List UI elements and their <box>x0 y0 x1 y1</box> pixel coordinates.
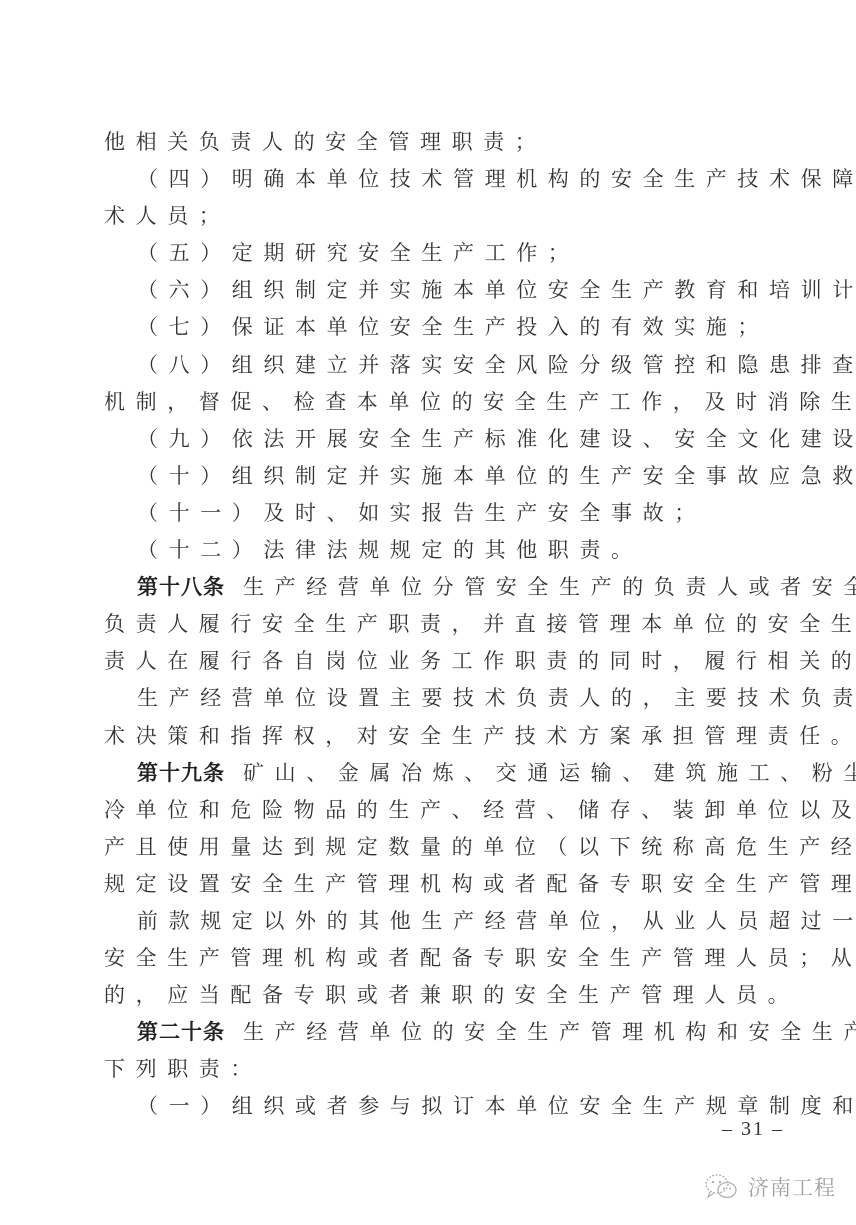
paragraph-line: 机制，督促、检查本单位的安全生产工作，及时消除生产安全事故隐患； <box>104 384 766 421</box>
line-text: 生产经营单位的安全生产管理机构和安全生产管理人员履行 <box>243 1020 856 1044</box>
line-text: 机制，督促、检查本单位的安全生产工作，及时消除生产安全事故隐患； <box>104 390 856 414</box>
paragraph-line: （十二）法律法规规定的其他职责。 <box>104 532 766 569</box>
paragraph-line: （五）定期研究安全生产工作； <box>104 235 766 272</box>
paragraph-line: 他相关负责人的安全管理职责； <box>104 124 766 161</box>
line-text: （一）组织或者参与拟订本单位安全生产规章制度和操作规程； <box>137 1094 856 1118</box>
line-text: 前款规定以外的其他生产经营单位，从业人员超过一百人的，应当设置 <box>137 909 856 933</box>
line-text: （五）定期研究安全生产工作； <box>137 241 579 265</box>
line-text: 产且使用量达到规定数量的单位（以下统称高危生产经营单位），应当按照 <box>104 835 856 859</box>
line-text: 负责人履行安全生产职责，并直接管理本单位的安全生产工作；其他相关负 <box>104 612 856 636</box>
wechat-icon <box>702 1172 742 1202</box>
document-body: 他相关负责人的安全管理职责；（四）明确本单位技术管理机构的安全生产技术保障职能并… <box>104 124 766 1126</box>
paragraph-line: （七）保证本单位安全生产投入的有效实施； <box>104 309 766 346</box>
line-text: 他相关负责人的安全管理职责； <box>104 130 546 154</box>
paragraph-line: 生产经营单位设置主要技术负责人的，主要技术负责人负有安全生产技 <box>104 680 766 717</box>
line-text: 安全生产管理机构或者配备专职安全生产管理人员；从业人员在一百人以下 <box>104 946 856 970</box>
paragraph-line: 负责人履行安全生产职责，并直接管理本单位的安全生产工作；其他相关负 <box>104 606 766 643</box>
line-text: （七）保证本单位安全生产投入的有效实施； <box>137 315 769 339</box>
line-text: （八）组织建立并落实安全风险分级管控和隐患排查治理双重预防工作 <box>137 353 856 377</box>
line-text: 矿山、金属冶炼、交通运输、建筑施工、粉尘涉爆、涉氨制 <box>243 761 856 785</box>
article-paragraph-line: 第二十条生产经营单位的安全生产管理机构和安全生产管理人员履行 <box>104 1014 766 1051</box>
paragraph-line: 术决策和指挥权，对安全生产技术方案承担管理责任。 <box>104 718 766 755</box>
line-text: 生产经营单位分管安全生产的负责人或者安全总监协助主要 <box>243 575 856 599</box>
article-paragraph-line: 第十八条生产经营单位分管安全生产的负责人或者安全总监协助主要 <box>104 569 766 606</box>
article-heading: 第二十条 <box>137 1020 225 1044</box>
line-text: （十）组织制定并实施本单位的生产安全事故应急救援预案； <box>137 464 856 488</box>
watermark-text: 济南工程 <box>748 1172 836 1202</box>
paragraph-line: （一）组织或者参与拟订本单位安全生产规章制度和操作规程； <box>104 1088 766 1125</box>
line-text: （十一）及时、如实报告生产安全事故； <box>137 501 706 525</box>
line-text: 术决策和指挥权，对安全生产技术方案承担管理责任。 <box>104 724 856 748</box>
article-heading: 第十九条 <box>137 761 225 785</box>
paragraph-line: 冷单位和危险物品的生产、经营、储存、装卸单位以及使用危险物品从事生 <box>104 792 766 829</box>
paragraph-line: （六）组织制定并实施本单位安全生产教育和培训计划； <box>104 272 766 309</box>
paragraph-line: （四）明确本单位技术管理机构的安全生产技术保障职能并配备安全技 <box>104 161 766 198</box>
paragraph-line: （八）组织建立并落实安全风险分级管控和隐患排查治理双重预防工作 <box>104 347 766 384</box>
line-text: 责人在履行各自岗位业务工作职责的同时，履行相关的安全生产工作职责。 <box>104 649 856 673</box>
line-text: 冷单位和危险物品的生产、经营、储存、装卸单位以及使用危险物品从事生 <box>104 798 856 822</box>
article-heading: 第十八条 <box>137 575 225 599</box>
paragraph-line: （十一）及时、如实报告生产安全事故； <box>104 495 766 532</box>
paragraph-line: 规定设置安全生产管理机构或者配备专职安全生产管理人员。 <box>104 866 766 903</box>
paragraph-line: 下列职责： <box>104 1051 766 1088</box>
page-number: – 31 – <box>722 1118 784 1141</box>
paragraph-line: 前款规定以外的其他生产经营单位，从业人员超过一百人的，应当设置 <box>104 903 766 940</box>
paragraph-line: （十）组织制定并实施本单位的生产安全事故应急救援预案； <box>104 458 766 495</box>
article-paragraph-line: 第十九条矿山、金属冶炼、交通运输、建筑施工、粉尘涉爆、涉氨制 <box>104 755 766 792</box>
paragraph-line: 产且使用量达到规定数量的单位（以下统称高危生产经营单位），应当按照 <box>104 829 766 866</box>
watermark: 济南工程 <box>702 1172 836 1202</box>
line-text: （十二）法律法规规定的其他职责。 <box>137 538 643 562</box>
line-text: 生产经营单位设置主要技术负责人的，主要技术负责人负有安全生产技 <box>137 686 856 710</box>
line-text: 下列职责： <box>104 1057 262 1081</box>
paragraph-line: （九）依法开展安全生产标准化建设、安全文化建设； <box>104 421 766 458</box>
line-text: 规定设置安全生产管理机构或者配备专职安全生产管理人员。 <box>104 872 856 896</box>
line-text: （六）组织制定并实施本单位安全生产教育和培训计划； <box>137 278 856 302</box>
paragraph-line: 的，应当配备专职或者兼职的安全生产管理人员。 <box>104 977 766 1014</box>
line-text: 的，应当配备专职或者兼职的安全生产管理人员。 <box>104 983 799 1007</box>
document-page: 他相关负责人的安全管理职责；（四）明确本单位技术管理机构的安全生产技术保障职能并… <box>0 0 856 1225</box>
line-text: 术人员； <box>104 204 230 228</box>
line-text: （四）明确本单位技术管理机构的安全生产技术保障职能并配备安全技 <box>137 167 856 191</box>
paragraph-line: 责人在履行各自岗位业务工作职责的同时，履行相关的安全生产工作职责。 <box>104 643 766 680</box>
line-text: （九）依法开展安全生产标准化建设、安全文化建设； <box>137 427 856 451</box>
paragraph-line: 安全生产管理机构或者配备专职安全生产管理人员；从业人员在一百人以下 <box>104 940 766 977</box>
paragraph-line: 术人员； <box>104 198 766 235</box>
